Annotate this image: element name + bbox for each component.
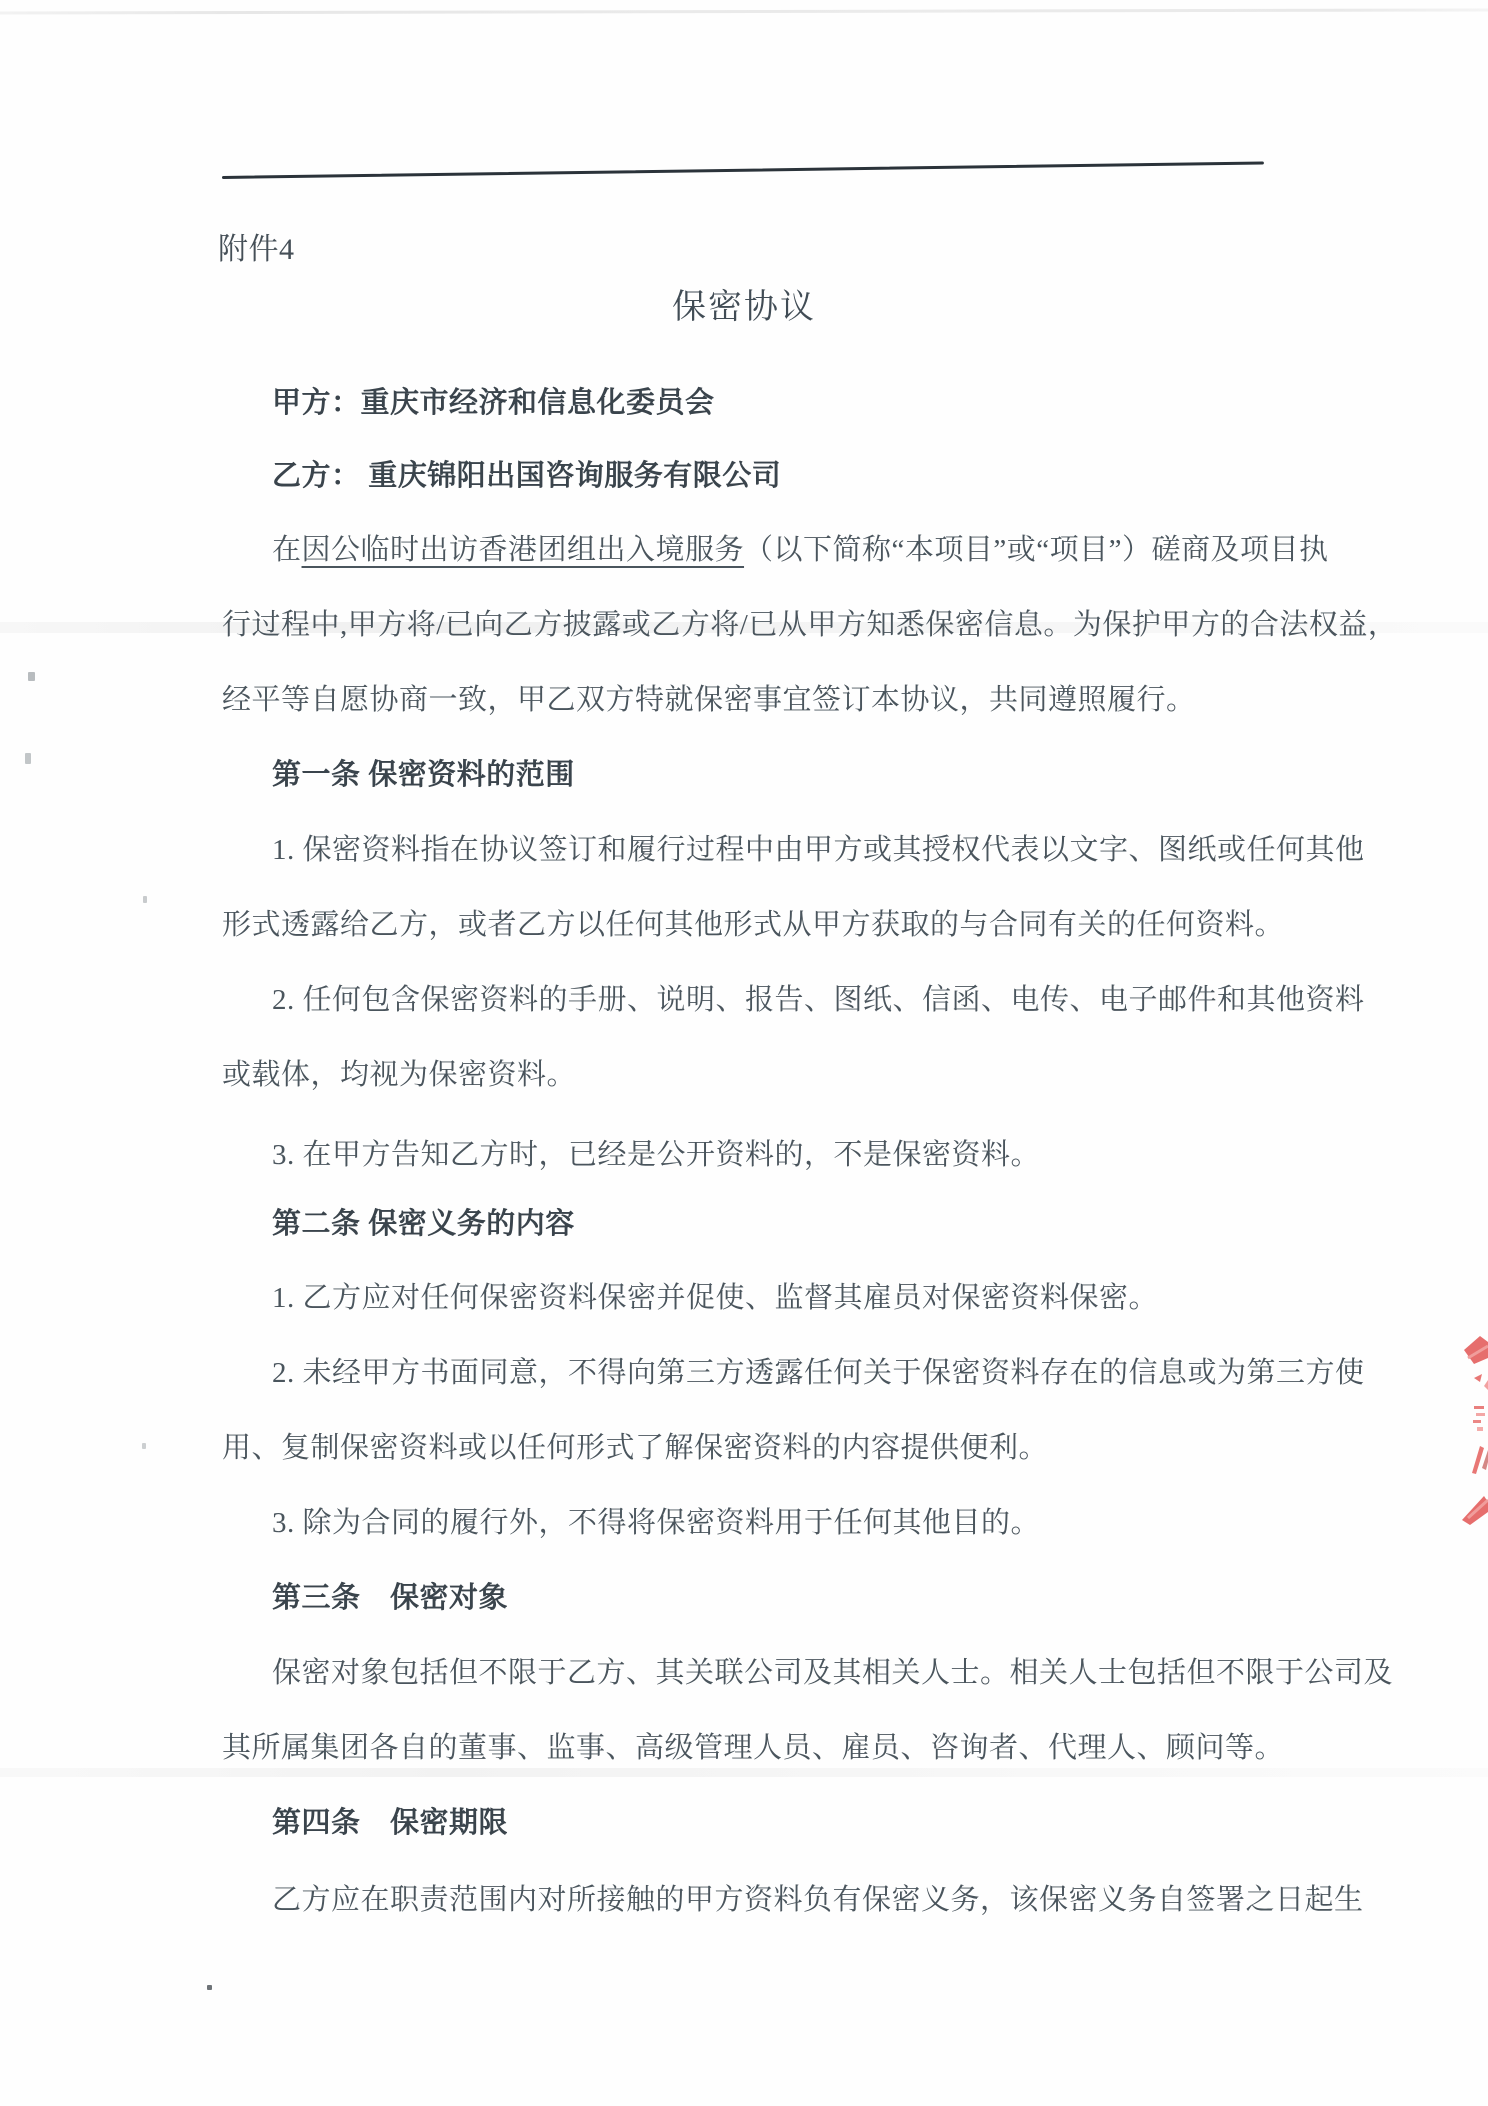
scanned-document-page: 附件4 保密协议 甲方：重庆市经济和信息化委员会 乙方： 重庆锦阳出国咨询服务有… [0, 0, 1488, 2106]
scan-speck [25, 753, 31, 764]
clause1-item1-line2: 形式透露给乙方，或者乙方以任何其他形式从甲方获取的与合同有关的任何资料。 [222, 908, 1284, 942]
intro-line-1-rest: （以下简称“本项目”或“项目”）磋商及项目执 [744, 534, 1329, 566]
clause2-item2-line2: 用、复制保密资料或以任何形式了解保密资料的内容提供便利。 [222, 1431, 1048, 1465]
scan-speck [142, 1443, 146, 1449]
intro-line-1: 在因公临时出访香港团组出入境服务（以下简称“本项目”或“项目”）磋商及项目执 [272, 533, 1329, 567]
page-title: 保密协议 [0, 291, 1488, 325]
scan-speck [143, 896, 147, 903]
clause2-item2-line1: 2. 未经甲方书面同意，不得向第三方透露任何关于保密资料存在的信息或为第三方使 [272, 1356, 1365, 1390]
scan-speck [207, 1985, 212, 1990]
clause1-heading: 第一条 保密资料的范围 [272, 758, 575, 792]
clause2-item3: 3. 除为合同的履行外，不得将保密资料用于任何其他目的。 [272, 1506, 1040, 1540]
clause1-item1-line1: 1. 保密资料指在协议签订和履行过程中由甲方或其授权代表以文字、图纸或任何其他 [272, 833, 1365, 867]
header-rule-line [222, 161, 1264, 179]
project-name-underlined: 因公临时出访香港团组出入境服务 [302, 534, 745, 566]
clause3-heading: 第三条 保密对象 [272, 1581, 508, 1615]
clause1-item2-line2: 或载体，均视为保密资料。 [222, 1058, 576, 1092]
clause4-body-line1: 乙方应在职责范围内对所接触的甲方资料负有保密义务，该保密义务自签署之日起生 [272, 1883, 1364, 1917]
clause3-body-line2: 其所属集团各自的董事、监事、高级管理人员、雇员、咨询者、代理人、顾问等。 [222, 1731, 1284, 1765]
intro-line-2: 行过程中,甲方将/已向乙方披露或乙方将/已从甲方知悉保密信息。为保护甲方的合法权… [222, 608, 1397, 642]
clause1-item2-line1: 2. 任何包含保密资料的手册、说明、报告、图纸、信函、电传、电子邮件和其他资料 [272, 983, 1365, 1017]
clause3-body-line1: 保密对象包括但不限于乙方、其关联公司及其相关人士。相关人士包括但不限于公司及 [272, 1656, 1393, 1690]
party-a-line: 甲方：重庆市经济和信息化委员会 [272, 386, 715, 420]
scan-top-edge-line [0, 8, 1488, 14]
party-b-line: 乙方： 重庆锦阳出国咨询服务有限公司 [272, 459, 781, 493]
intro-prefix: 在 [272, 534, 302, 566]
attachment-label: 附件4 [218, 233, 295, 267]
intro-line-3: 经平等自愿协商一致，甲乙双方特就保密事宜签订本协议，共同遵照履行。 [222, 683, 1196, 717]
clause2-item1: 1. 乙方应对任何保密资料保密并促使、监督其雇员对保密资料保密。 [272, 1281, 1158, 1315]
clause2-heading: 第二条 保密义务的内容 [272, 1207, 575, 1241]
clause4-heading: 第四条 保密期限 [272, 1806, 508, 1840]
clause1-item3: 3. 在甲方告知乙方时，已经是公开资料的，不是保密资料。 [272, 1138, 1040, 1172]
scan-artifact-band [0, 1768, 1488, 1777]
red-stamp-edge-marks [1444, 1328, 1488, 1528]
scan-speck [28, 672, 35, 681]
